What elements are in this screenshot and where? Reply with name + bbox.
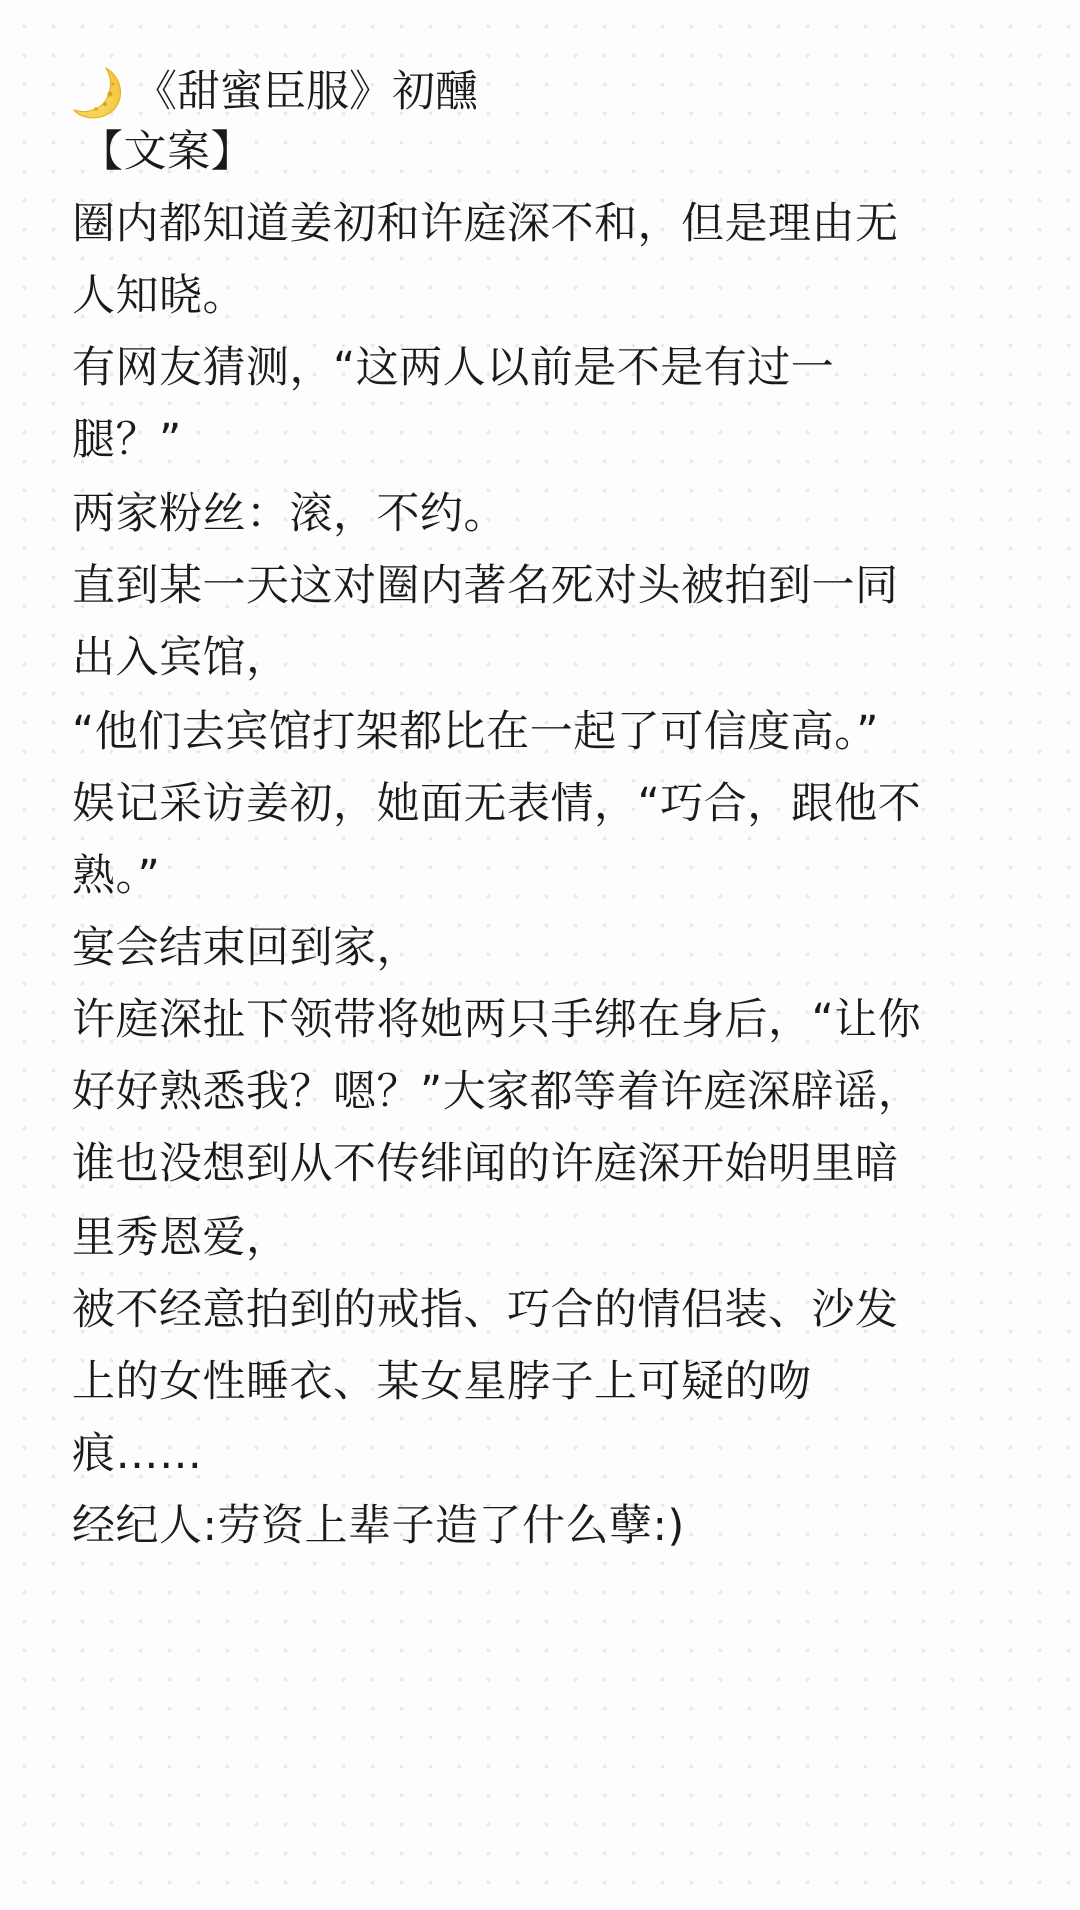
text-line: 谁也没想到从不传绯闻的许庭深开始明里暗: [72, 1134, 899, 1194]
text-line: 经纪人:劳资上辈子造了什么孽:): [72, 1496, 685, 1556]
text-line: 直到某一天这对圈内著名死对头被拍到一同: [72, 556, 899, 616]
text-line: 有网友猜测，“这两人以前是不是有过一: [72, 338, 834, 398]
text-line: 熟。”: [72, 846, 160, 906]
text-line: 里秀恩爱，: [72, 1208, 290, 1268]
text-line: 被不经意拍到的戒指、巧合的情侣装、沙发: [72, 1280, 899, 1340]
text-line: 许庭深扯下领带将她两只手绑在身后，“让你: [72, 990, 921, 1050]
text-line: 宴会结束回到家，: [72, 918, 420, 978]
text-line: 上的女性睡衣、某女星脖子上可疑的吻: [72, 1352, 812, 1412]
title-text: 《甜蜜臣服》初醺: [134, 62, 478, 122]
text-line: 娱记采访姜初，她面无表情，“巧合，跟他不: [72, 774, 921, 834]
text-line: 腿？”: [72, 410, 182, 470]
text-line: “他们去宾馆打架都比在一起了可信度高。”: [72, 702, 879, 762]
text-line: 圈内都知道姜初和许庭深不和，但是理由无: [72, 194, 899, 254]
section-label: 【文案】: [80, 122, 254, 182]
text-line: 出入宾馆，: [72, 628, 290, 688]
text-line: 好好熟悉我？嗯？”大家都等着许庭深辟谣，: [72, 1062, 921, 1122]
crescent-moon-icon: [72, 64, 126, 120]
text-line: 人知晓。: [72, 266, 246, 326]
text-line: 痕……: [72, 1424, 203, 1484]
story-title: 《甜蜜臣服》初醺: [72, 62, 478, 122]
document-page: 《甜蜜臣服》初醺 【文案】 圈内都知道姜初和许庭深不和，但是理由无 人知晓。 有…: [0, 0, 1080, 1910]
text-line: 两家粉丝：滚，不约。: [72, 484, 507, 544]
